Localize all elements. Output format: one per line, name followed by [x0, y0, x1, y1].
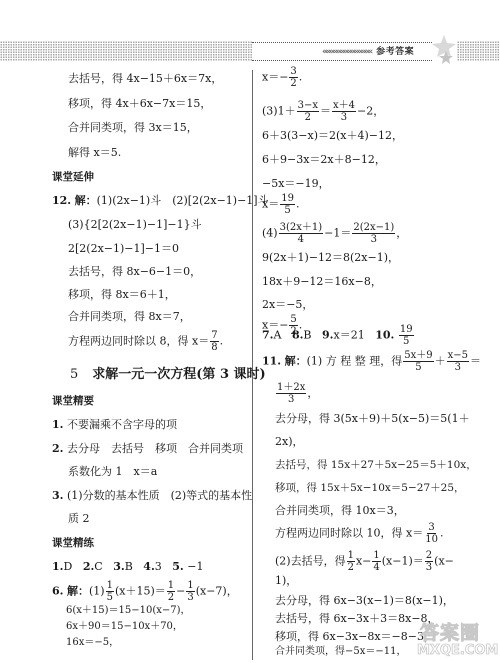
fraction: x−53 — [447, 350, 469, 373]
star-decoration-icon — [432, 35, 456, 65]
header-label: 参考答案 — [376, 47, 414, 57]
text-segment: 不要漏乘不含字母的项 — [67, 418, 177, 431]
text-line: 6＋9−3x＝2x＋8−12， — [262, 153, 386, 167]
fraction: 23 — [425, 550, 433, 573]
item-number: 1. — [52, 560, 63, 573]
answer-row-1-5: 1.D 2.C 3.B 4.3 5. −1 — [52, 560, 203, 574]
text-segment: . — [220, 335, 224, 348]
section-heading-key: 课堂精要 — [52, 394, 94, 408]
denominator: 4 — [297, 234, 305, 245]
numerator: 2(2x−1) — [352, 222, 395, 234]
denominator: 3 — [425, 562, 433, 573]
text-segment: x＝ — [262, 198, 279, 211]
solution-label: 解： — [67, 585, 89, 598]
text-segment: (2)去括号，得 — [275, 555, 346, 568]
question-12: 12. 解：(1)(2x−1)斗 (2)[2(2x−1)−1]斗 — [52, 194, 269, 208]
item-number: 4. — [143, 560, 154, 573]
numerator: 1 — [167, 580, 175, 592]
text-line: 1)， — [275, 574, 297, 588]
text-segment: −2， — [357, 105, 384, 118]
text-line: 合并同类项，得 8x＝7， — [68, 310, 191, 324]
text-line: 6x＋90＝15−10x＋70， — [66, 620, 183, 634]
text-line: (4)3(2x＋1)4−1＝2(2x−1)3， — [262, 222, 407, 245]
key-point-2: 2. 去分母 去括号 移项 合并同类项 — [52, 442, 243, 456]
question-6: 6. 解：(1)15(x＋15)＝12−13(x−7)， — [52, 580, 238, 603]
text-line: x＝195. — [262, 193, 299, 216]
text-segment: (4) — [262, 227, 278, 240]
column-divider — [252, 70, 253, 660]
question-11: 11. 解：(1) 方 程 整 理，得5x＋95＋x−53＝ — [262, 350, 481, 373]
text-line: 2[2(2x−1)−1]−1＝0 — [68, 242, 179, 256]
numerator: 1 — [347, 550, 355, 562]
text-line: 方程两边同时除以 10，得 x＝310. — [275, 522, 443, 545]
text-segment: (3)1＋ — [262, 105, 296, 118]
numerator: x＋4 — [332, 100, 356, 112]
text-line: 去分母，得 6x−3(x−1)＝8(x−1)， — [275, 594, 454, 608]
text-line: 6＋3(3−x)＝2(x＋4)−12， — [262, 129, 403, 143]
fraction: 12 — [167, 580, 175, 603]
text-line: 去括号，得 15x＋27＋5x−25＝5＋10x， — [275, 458, 477, 472]
text-segment: . — [296, 198, 300, 211]
numerator: 1＋2x — [276, 382, 306, 394]
text-segment: − — [176, 585, 185, 598]
numerator: 1 — [186, 580, 194, 592]
text-segment: (1)分数的基本性质 (2)等式的基本性 — [67, 489, 252, 502]
denominator: 5 — [402, 336, 410, 347]
text-line: 2x＝−5， — [262, 298, 313, 312]
denominator: 5 — [414, 362, 422, 373]
denominator: 3 — [340, 112, 348, 123]
text-segment: ＝ — [470, 355, 481, 368]
text-segment: (1)(2x−1)斗 (2)[2(2x−1)−1]斗 — [97, 194, 269, 207]
fraction: 14 — [372, 550, 380, 573]
chevrons-left-icon: «««««««««««««« — [322, 47, 371, 57]
fraction: 195 — [280, 193, 295, 216]
denominator: 2 — [167, 592, 175, 603]
text-line: 合并同类项，得−5x＝−11， — [275, 645, 406, 659]
text-segment: (x−7)， — [196, 585, 238, 598]
text-line: 1＋2x3， — [275, 382, 318, 405]
answer: D — [63, 560, 72, 573]
text-segment: (x＋15)＝ — [115, 585, 166, 598]
watermark: 答案圈 MXQE.COM — [415, 618, 500, 663]
text-line: 系数化为 1 x＝a — [68, 465, 157, 479]
text-segment: ， — [307, 387, 318, 400]
numerator: 19 — [280, 193, 295, 205]
key-point-1: 1. 不要漏乘不含字母的项 — [52, 418, 177, 432]
lesson-number: 5 — [70, 367, 78, 382]
text-line: 去括号，得 8x−6−1＝0， — [68, 265, 201, 279]
header-dotted-band-right — [457, 41, 500, 61]
numerator: x−5 — [447, 350, 469, 362]
text-line: 去分母，得 3(5x＋9)＋5(x−5)＝5(1＋ — [275, 412, 470, 426]
text-line: 2x)， — [275, 435, 304, 449]
numerator: 1 — [372, 550, 380, 562]
text-line: 16x＝−5， — [66, 636, 119, 650]
fraction: 13 — [186, 580, 194, 603]
numerator: 2 — [425, 550, 433, 562]
fraction: 3(2x＋1)4 — [279, 222, 324, 245]
item-number: 2. — [52, 442, 63, 455]
header-rule-top — [252, 42, 432, 43]
text-segment: x− — [356, 555, 371, 568]
text-line: 去括号，得 6x−3x＋3＝8x−8， — [275, 612, 439, 626]
fraction: 15 — [106, 580, 114, 603]
denominator: 4 — [372, 562, 380, 573]
question-number: 6. — [52, 585, 63, 598]
text-line: 去括号，得 4x−15＋6x＝7x， — [68, 72, 222, 86]
item-number: 2. — [83, 560, 94, 573]
numerator: 5x＋9 — [403, 350, 433, 362]
solution-label: 解： — [75, 194, 97, 207]
fraction: 12 — [347, 550, 355, 573]
page-header: ««««««««««««««参考答案 — [0, 41, 500, 63]
denominator: 8 — [210, 342, 218, 353]
fraction: 1＋2x3 — [276, 382, 306, 405]
fraction: 32 — [289, 66, 297, 89]
text-segment: ＝ — [320, 105, 331, 118]
item-number: 5. — [172, 560, 183, 573]
text-line: (2)去括号，得12x−14(x−1)＝23(x− — [275, 550, 454, 573]
denominator: 2 — [304, 112, 312, 123]
answer: 3 — [155, 560, 162, 573]
watermark-en: MXQE.COM — [417, 643, 498, 658]
question-number: 12. — [52, 194, 71, 207]
section-heading-practice: 课堂精练 — [52, 536, 94, 550]
text-line: (3){2[2(2x−1)−1]−1}斗 — [68, 218, 202, 232]
text-segment: . — [299, 71, 303, 84]
lesson-title: 求解一元一次方程(第 3 课时) — [92, 367, 265, 382]
denominator: 3 — [454, 362, 462, 373]
item-number: 10. — [375, 329, 394, 342]
text-line: 移项，得 8x＝6＋1， — [68, 288, 176, 302]
numerator: 3 — [289, 66, 297, 78]
item-number: 8. — [292, 329, 303, 342]
answer: C — [94, 560, 102, 573]
numerator: 7 — [210, 330, 218, 342]
fraction: 3−x2 — [297, 100, 319, 123]
text-segment: 方程两边同时除以 8，得 x＝ — [68, 335, 209, 348]
text-line: 18x＋9−12＝16x−8， — [262, 275, 382, 289]
text-line: 解得 x＝5. — [68, 146, 121, 160]
key-point-3: 3. (1)分数的基本性质 (2)等式的基本性 — [52, 489, 252, 503]
text-line: 移项，得 15x＋5x−10x＝5−27＋25， — [275, 481, 465, 495]
text-line: 移项，得 6x−3x−8x＝−8−3， — [275, 630, 435, 644]
item-number: 7. — [262, 329, 273, 342]
text-segment: (x− — [434, 555, 454, 568]
fraction: 78 — [210, 330, 218, 353]
denominator: 2 — [347, 562, 355, 573]
item-number: 9. — [322, 329, 333, 342]
denominator: 5 — [106, 592, 114, 603]
numerator: 3−x — [297, 100, 319, 112]
text-segment: ， — [396, 227, 407, 240]
watermark-cn: 答案圈 — [420, 618, 480, 645]
header-rule-bottom — [252, 60, 432, 61]
text-line: x＝−32. — [262, 66, 302, 89]
text-segment: . — [440, 527, 444, 540]
text-line: 合并同类项，得 3x＝15， — [68, 121, 198, 135]
denominator: 2 — [289, 78, 297, 89]
numerator: 1 — [106, 580, 114, 592]
text-line: 移项，得 4x＋6x−7x＝15， — [68, 97, 211, 111]
header-title: ««««««««««««««参考答案 — [322, 44, 414, 57]
text-segment: x＝− — [262, 71, 288, 84]
numerator: 3 — [427, 522, 435, 534]
denominator: 3 — [370, 234, 378, 245]
denominator: 10 — [424, 534, 439, 545]
text-line: −5x＝−19， — [262, 177, 330, 191]
item-number: 3. — [52, 489, 63, 502]
denominator: 5 — [283, 205, 291, 216]
lesson-heading: 5求解一元一次方程(第 3 课时) — [70, 368, 266, 382]
text-segment: −1＝ — [324, 227, 351, 240]
fraction: 195 — [399, 324, 414, 347]
text-line: (3)1＋3−x2＝x＋43−2， — [262, 100, 384, 123]
fraction: x＋43 — [332, 100, 356, 123]
question-number: 11. — [262, 355, 281, 368]
header-dotted-band-left — [0, 41, 252, 61]
text-line: 方程两边同时除以 8，得 x＝78. — [68, 330, 223, 353]
denominator: 3 — [186, 592, 194, 603]
answer: A — [273, 329, 281, 342]
item-number: 1. — [52, 418, 63, 431]
numerator: 19 — [399, 324, 414, 336]
denominator: 3 — [287, 394, 295, 405]
answer: −1 — [187, 560, 203, 573]
numerator: 3(2x＋1) — [279, 222, 324, 234]
fraction: 2(2x−1)3 — [352, 222, 395, 245]
item-number: 3. — [113, 560, 124, 573]
text-segment: (1) — [89, 585, 105, 598]
section-heading-extend: 课堂延伸 — [52, 170, 94, 184]
text-segment: ＋ — [435, 355, 446, 368]
text-line: 6(x＋15)＝15−10(x−7)， — [66, 604, 191, 618]
answer: x＝21 — [334, 329, 365, 342]
answer: B — [303, 329, 311, 342]
answer-row-7-10: 7.A 8.B 9.x＝21 10. 195 — [262, 324, 415, 347]
answer: B — [125, 560, 133, 573]
text-segment: 去分母 去括号 移项 合并同类项 — [67, 442, 243, 455]
text-line: 质 2 — [68, 512, 90, 526]
fraction: 5x＋95 — [403, 350, 433, 373]
text-segment: (x−1)＝ — [382, 555, 424, 568]
text-segment: (1) 方 程 整 理，得 — [307, 355, 403, 368]
text-line: 合并同类项，得 10x＝3， — [275, 504, 405, 518]
solution-label: 解： — [285, 355, 307, 368]
text-segment: 方程两边同时除以 10，得 x＝ — [275, 527, 423, 540]
fraction: 310 — [424, 522, 439, 545]
text-line: 9(2x＋1)−12＝8(2x−1)， — [262, 251, 399, 265]
